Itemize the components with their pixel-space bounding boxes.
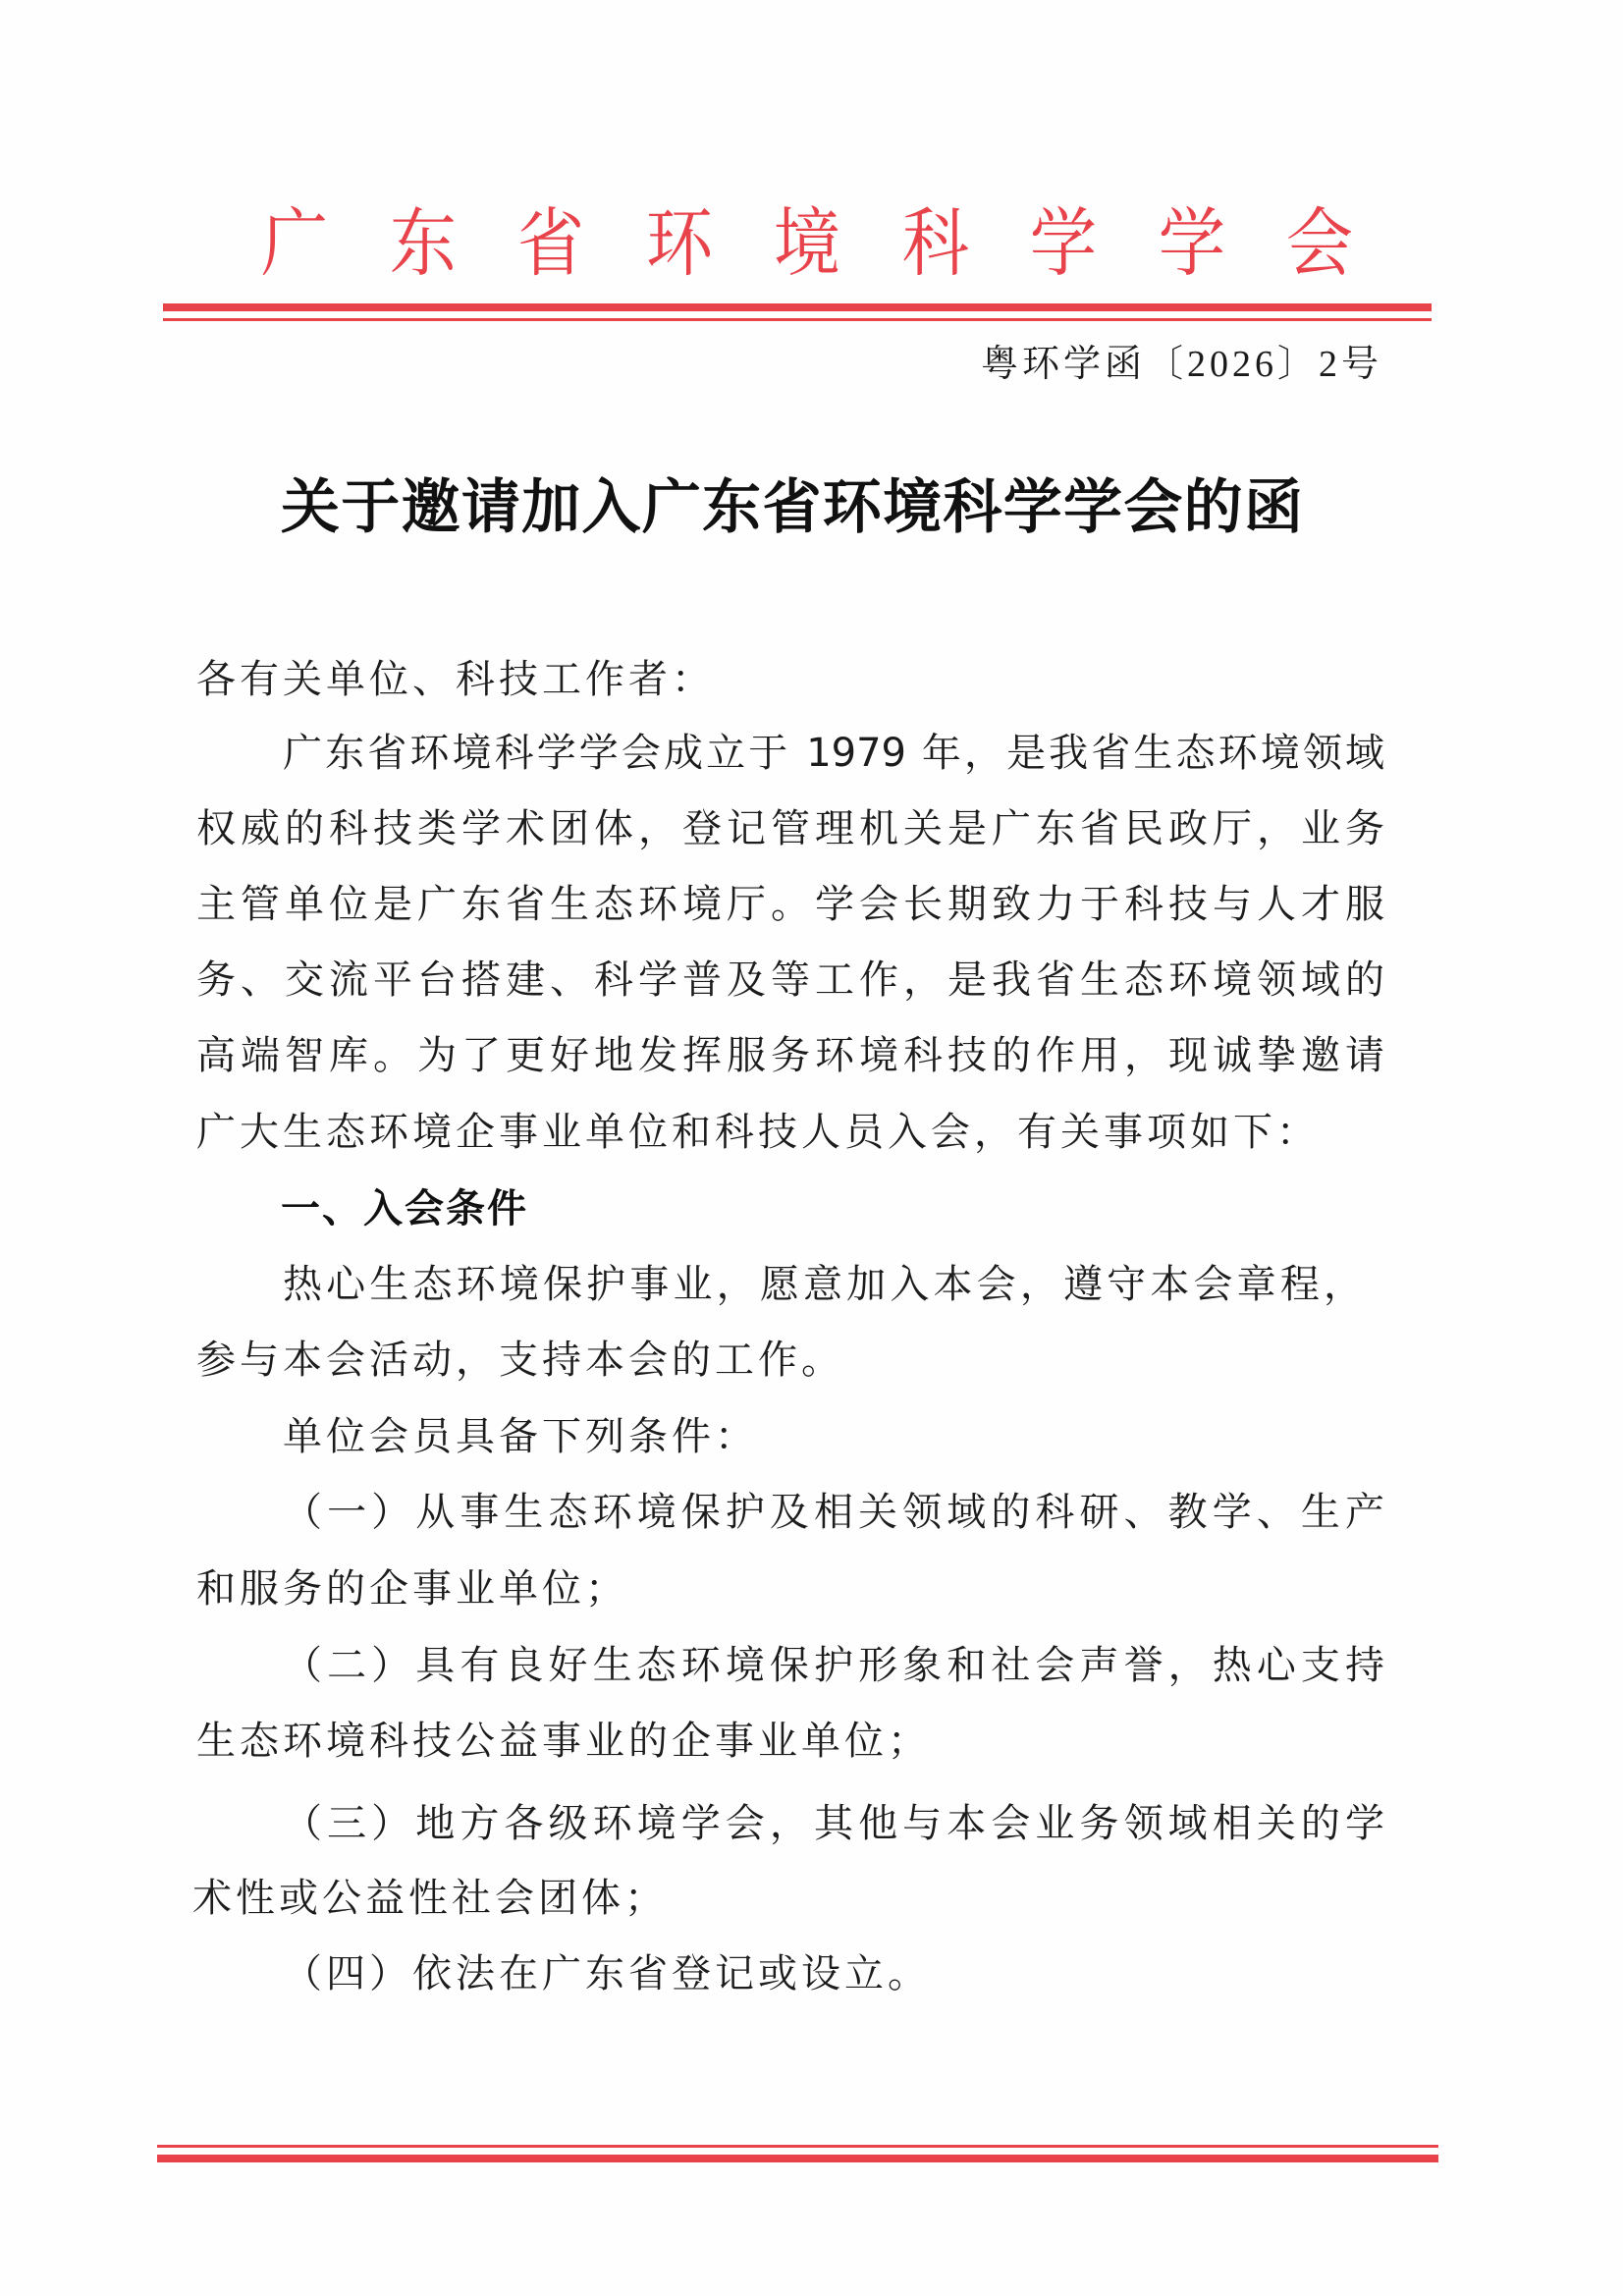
condition-item-1: （一）从事生态环境保护及相关领域的科研、教学、生产 <box>283 1491 1384 1534</box>
letterhead-char: 科 <box>901 201 968 286</box>
condition-item-2: （二）具有良好生态环境保护形象和社会声誉，热心支持 <box>283 1644 1384 1687</box>
paragraph-line: 和服务的企事业单位； <box>196 1567 628 1611</box>
letterhead-char: 环 <box>645 201 712 286</box>
paragraph-line: 参与本会活动，支持本会的工作。 <box>196 1339 844 1382</box>
document-number: 粤环学函〔2026〕2号 <box>960 342 1382 387</box>
condition-item-3: （三）地方各级环境学会，其他与本会业务领域相关的学 <box>283 1802 1384 1845</box>
letterhead-char: 会 <box>1286 201 1353 286</box>
paragraph-line: 广大生态环境企事业单位和科技人员入会，有关事项如下： <box>196 1111 1320 1154</box>
footer-rule-thick <box>157 2155 1438 2162</box>
letterhead-char: 广 <box>261 201 328 286</box>
paragraph-line: 广东省环境科学学会成立于 1979 年，是我省生态环境领域 <box>283 732 1384 775</box>
header-rule-thick <box>163 303 1432 311</box>
paragraph-line: 务、交流平台搭建、科学普及等工作，是我省生态环境领域的 <box>196 958 1384 1002</box>
salutation: 各有关单位、科技工作者： <box>196 658 715 701</box>
paragraph-line: 权威的科技类学术团体，登记管理机关是广东省民政厅，业务 <box>196 807 1384 850</box>
condition-item-4: （四）依法在广东省登记或设立。 <box>283 1952 931 1995</box>
letterhead-char: 东 <box>389 201 456 286</box>
letterhead-organization-name: 广 东 省 环 境 科 学 学 会 <box>257 201 1357 286</box>
document-page: 广 东 省 环 境 科 学 学 会 粤环学函〔2026〕2号 关于邀请加入广东省… <box>0 0 1623 2296</box>
paragraph-line: 生态环境科技公益事业的企事业单位； <box>196 1720 931 1763</box>
paragraph-line: 术性或公益性社会团体； <box>192 1877 668 1920</box>
paragraph-line: 单位会员具备下列条件： <box>283 1415 758 1458</box>
header-rule-thin <box>163 318 1432 321</box>
paragraph-line: 高端智库。为了更好地发挥服务环境科技的作用，现诚挚邀请 <box>196 1034 1384 1077</box>
paragraph-line: 热心生态环境保护事业，愿意加入本会，遵守本会章程， <box>283 1263 1363 1306</box>
letterhead-char: 境 <box>774 201 840 286</box>
footer-rule-thin <box>157 2145 1438 2148</box>
letterhead-char: 学 <box>1030 201 1097 286</box>
paragraph-line: 主管单位是广东省生态环境厅。学会长期致力于科技与人才服 <box>196 883 1384 926</box>
page-title: 关于邀请加入广东省环境科学学会的函 <box>281 473 1302 542</box>
letterhead-char: 省 <box>517 201 584 286</box>
section-heading: 一、入会条件 <box>281 1186 528 1231</box>
letterhead-char: 学 <box>1158 201 1224 286</box>
